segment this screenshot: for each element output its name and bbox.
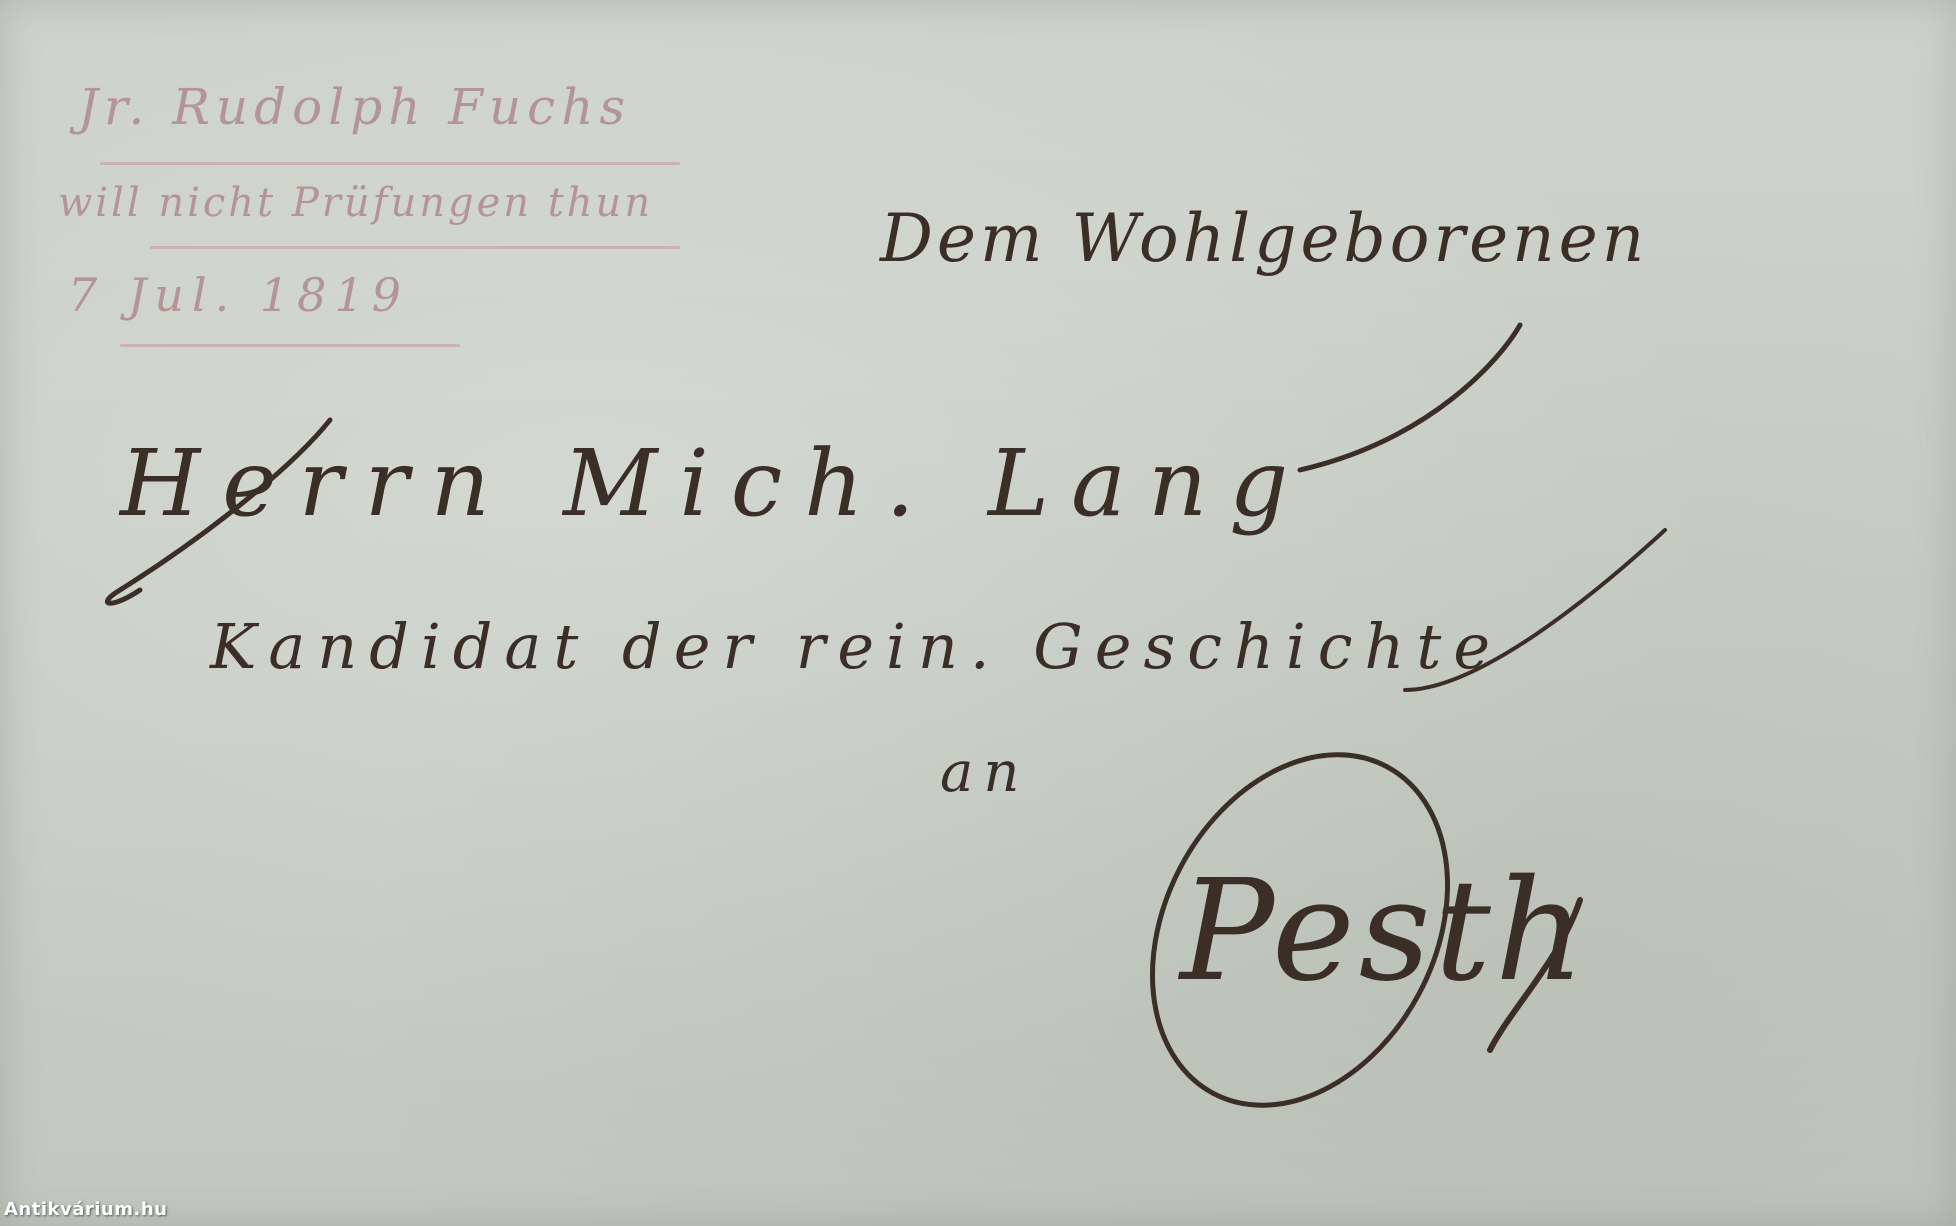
envelope-paper: Jr. Rudolph Fuchs will nicht Prüfungen t… — [0, 0, 1956, 1226]
watermark-text: Antikvárium.hu — [4, 1199, 167, 1220]
ink-flourishes — [0, 0, 1956, 1226]
